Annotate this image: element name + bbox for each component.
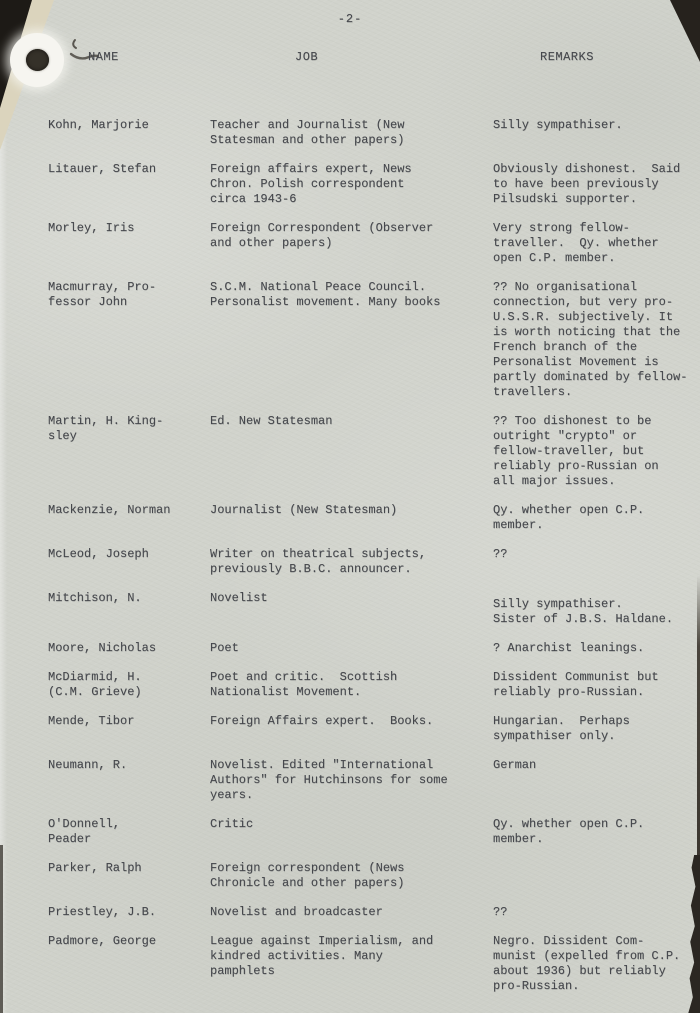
table-row: McDiarmid, H. (C.M. Grieve) Poet and cri… <box>48 670 688 700</box>
table-row: Macmurray, Pro- fessor John S.C.M. Natio… <box>48 280 688 400</box>
table-row: Padmore, George League against Imperiali… <box>48 934 688 994</box>
person-name: Litauer, Stefan <box>48 162 210 207</box>
person-job: League against Imperialism, and kindred … <box>210 934 493 994</box>
person-remarks: Dissident Communist but reliably pro-Rus… <box>493 670 688 700</box>
table-row: Mende, Tibor Foreign Affairs expert. Boo… <box>48 714 688 744</box>
table-row: Priestley, J.B. Novelist and broadcaster… <box>48 905 688 920</box>
person-remarks: ?? No organisational connection, but ver… <box>493 280 688 400</box>
person-name: Martin, H. King- sley <box>48 414 210 489</box>
person-name: O'Donnell, Peader <box>48 817 210 847</box>
person-remarks: Obviously dishonest. Said to have been p… <box>493 162 688 207</box>
column-header-job: JOB <box>295 50 318 65</box>
scanned-document-page: -2- NAME JOB REMARKS Kohn, Marjorie Teac… <box>0 0 700 1013</box>
person-job: Journalist (New Statesman) <box>210 503 493 533</box>
table-row: Moore, Nicholas Poet ? Anarchist leaning… <box>48 641 688 656</box>
person-job: Poet and critic. Scottish Nationalist Mo… <box>210 670 493 700</box>
table-row: O'Donnell, Peader Critic Qy. whether ope… <box>48 817 688 847</box>
person-remarks: Very strong fellow- traveller. Qy. wheth… <box>493 221 688 266</box>
person-remarks: Qy. whether open C.P. member. <box>493 503 688 533</box>
table-row: Parker, Ralph Foreign correspondent (New… <box>48 861 688 891</box>
person-job: Foreign Affairs expert. Books. <box>210 714 493 744</box>
person-name: Mackenzie, Norman <box>48 503 210 533</box>
person-name: McLeod, Joseph <box>48 547 210 577</box>
column-header-name: NAME <box>88 50 119 65</box>
person-remarks: ?? <box>493 547 688 577</box>
person-name: McDiarmid, H. (C.M. Grieve) <box>48 670 210 700</box>
person-name: Moore, Nicholas <box>48 641 210 656</box>
person-name: Padmore, George <box>48 934 210 994</box>
person-remarks: Hungarian. Perhaps sympathiser only. <box>493 714 688 744</box>
person-job: Teacher and Journalist (New Statesman an… <box>210 118 493 148</box>
table-row: Morley, Iris Foreign Correspondent (Obse… <box>48 221 688 266</box>
table-row: Litauer, Stefan Foreign affairs expert, … <box>48 162 688 207</box>
person-name: Parker, Ralph <box>48 861 210 891</box>
person-name: Mitchison, N. <box>48 591 210 627</box>
table-row: Mackenzie, Norman Journalist (New States… <box>48 503 688 533</box>
person-name: Neumann, R. <box>48 758 210 803</box>
table-row: Mitchison, N. Novelist Silly sympathiser… <box>48 591 688 627</box>
person-job: Foreign affairs expert, News Chron. Poli… <box>210 162 493 207</box>
records-list: Kohn, Marjorie Teacher and Journalist (N… <box>48 118 688 994</box>
person-name: Kohn, Marjorie <box>48 118 210 148</box>
person-job: Poet <box>210 641 493 656</box>
table-row: Martin, H. King- sley Ed. New Statesman … <box>48 414 688 489</box>
person-remarks: Qy. whether open C.P. member. <box>493 817 688 847</box>
table-row: Neumann, R. Novelist. Edited "Internatio… <box>48 758 688 803</box>
table-row: Kohn, Marjorie Teacher and Journalist (N… <box>48 118 688 148</box>
person-name: Macmurray, Pro- fessor John <box>48 280 210 400</box>
person-job: Critic <box>210 817 493 847</box>
person-remarks: ?? <box>493 905 688 920</box>
person-job: Novelist. Edited "International Authors"… <box>210 758 493 803</box>
column-header-remarks: REMARKS <box>540 50 594 65</box>
person-remarks: Negro. Dissident Com- munist (expelled f… <box>493 934 688 994</box>
table-header: NAME JOB REMARKS <box>0 50 700 65</box>
person-remarks: ? Anarchist leanings. <box>493 641 688 656</box>
page-number: -2- <box>0 12 700 27</box>
person-name: Mende, Tibor <box>48 714 210 744</box>
scan-edge-right-torn <box>687 855 700 1013</box>
person-remarks: ?? Too dishonest to be outright "crypto"… <box>493 414 688 489</box>
person-job: Writer on theatrical subjects, previousl… <box>210 547 493 577</box>
person-remarks: Silly sympathiser. <box>493 118 688 148</box>
person-job: Novelist <box>210 591 493 627</box>
person-name: Morley, Iris <box>48 221 210 266</box>
person-job: Foreign Correspondent (Observer and othe… <box>210 221 493 266</box>
person-remarks: German <box>493 758 688 803</box>
person-job: Foreign correspondent (News Chronicle an… <box>210 861 493 891</box>
person-job: Novelist and broadcaster <box>210 905 493 920</box>
table-row: McLeod, Joseph Writer on theatrical subj… <box>48 547 688 577</box>
person-job: S.C.M. National Peace Council. Personali… <box>210 280 493 400</box>
person-remarks <box>493 861 688 891</box>
person-remarks: Silly sympathiser. Sister of J.B.S. Hald… <box>493 591 688 627</box>
person-job: Ed. New Statesman <box>210 414 493 489</box>
scan-edge-left-dark <box>0 845 3 1013</box>
person-name: Priestley, J.B. <box>48 905 210 920</box>
